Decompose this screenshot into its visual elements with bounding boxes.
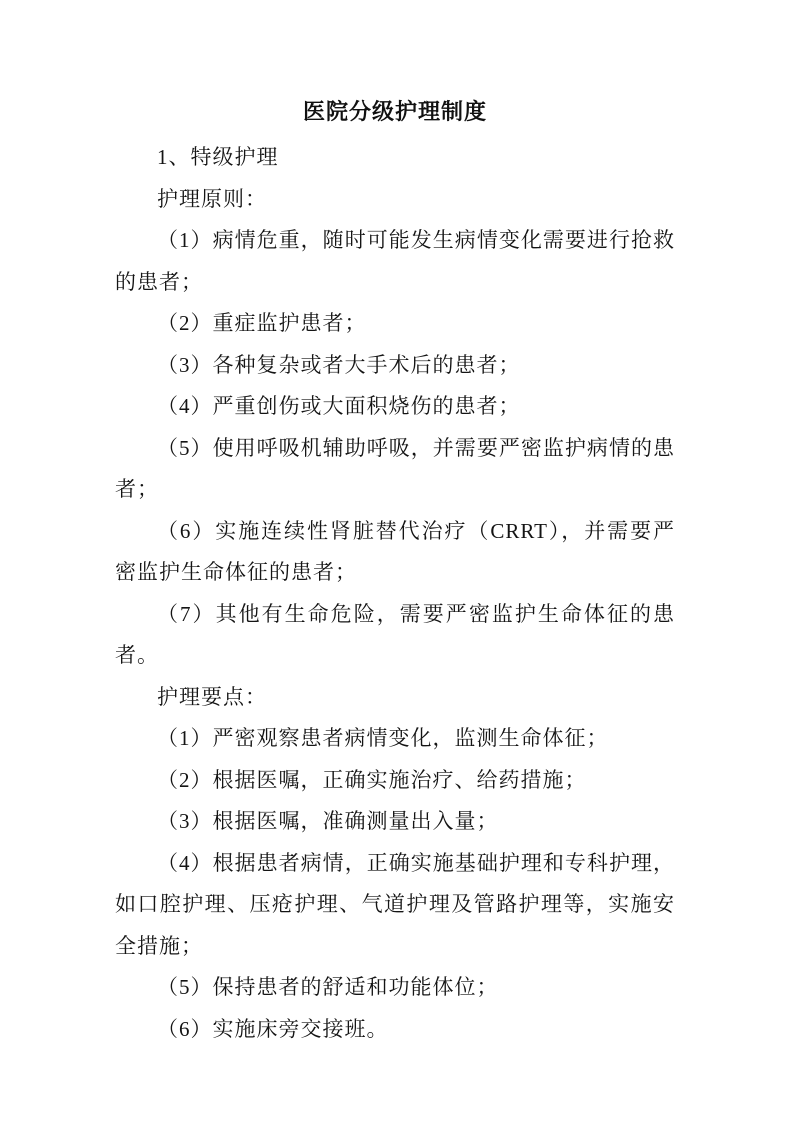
paragraph: （1）严密观察患者病情变化，监测生命体征； (115, 718, 675, 760)
paragraph: （4）根据患者病情，正确实施基础护理和专科护理，如口腔护理、压疮护理、气道护理及… (115, 843, 675, 968)
paragraph: （2）重症监护患者； (115, 303, 675, 345)
paragraph: 护理要点： (115, 677, 675, 719)
paragraph: （3）各种复杂或者大手术后的患者； (115, 345, 675, 387)
document-title: 医院分级护理制度 (0, 0, 793, 127)
paragraph: （4）严重创伤或大面积烧伤的患者； (115, 386, 675, 428)
paragraph: 1、特级护理 (115, 137, 675, 179)
document-body: 1、特级护理护理原则：（1）病情危重，随时可能发生病情变化需要进行抢救的患者；（… (115, 137, 675, 1050)
paragraph: （5）使用呼吸机辅助呼吸，并需要严密监护病情的患者； (115, 428, 675, 511)
paragraph: （7）其他有生命危险，需要严密监护生命体征的患者。 (115, 594, 675, 677)
paragraph: 护理原则： (115, 179, 675, 221)
paragraph: （6）实施床旁交接班。 (115, 1009, 675, 1051)
document-page: 医院分级护理制度 1、特级护理护理原则：（1）病情危重，随时可能发生病情变化需要… (0, 0, 793, 1122)
paragraph: （1）病情危重，随时可能发生病情变化需要进行抢救的患者； (115, 220, 675, 303)
paragraph: （6）实施连续性肾脏替代治疗（CRRT），并需要严密监护生命体征的患者； (115, 511, 675, 594)
paragraph: （5）保持患者的舒适和功能体位； (115, 967, 675, 1009)
paragraph: （2）根据医嘱，正确实施治疗、给药措施； (115, 760, 675, 802)
paragraph: （3）根据医嘱，准确测量出入量； (115, 801, 675, 843)
